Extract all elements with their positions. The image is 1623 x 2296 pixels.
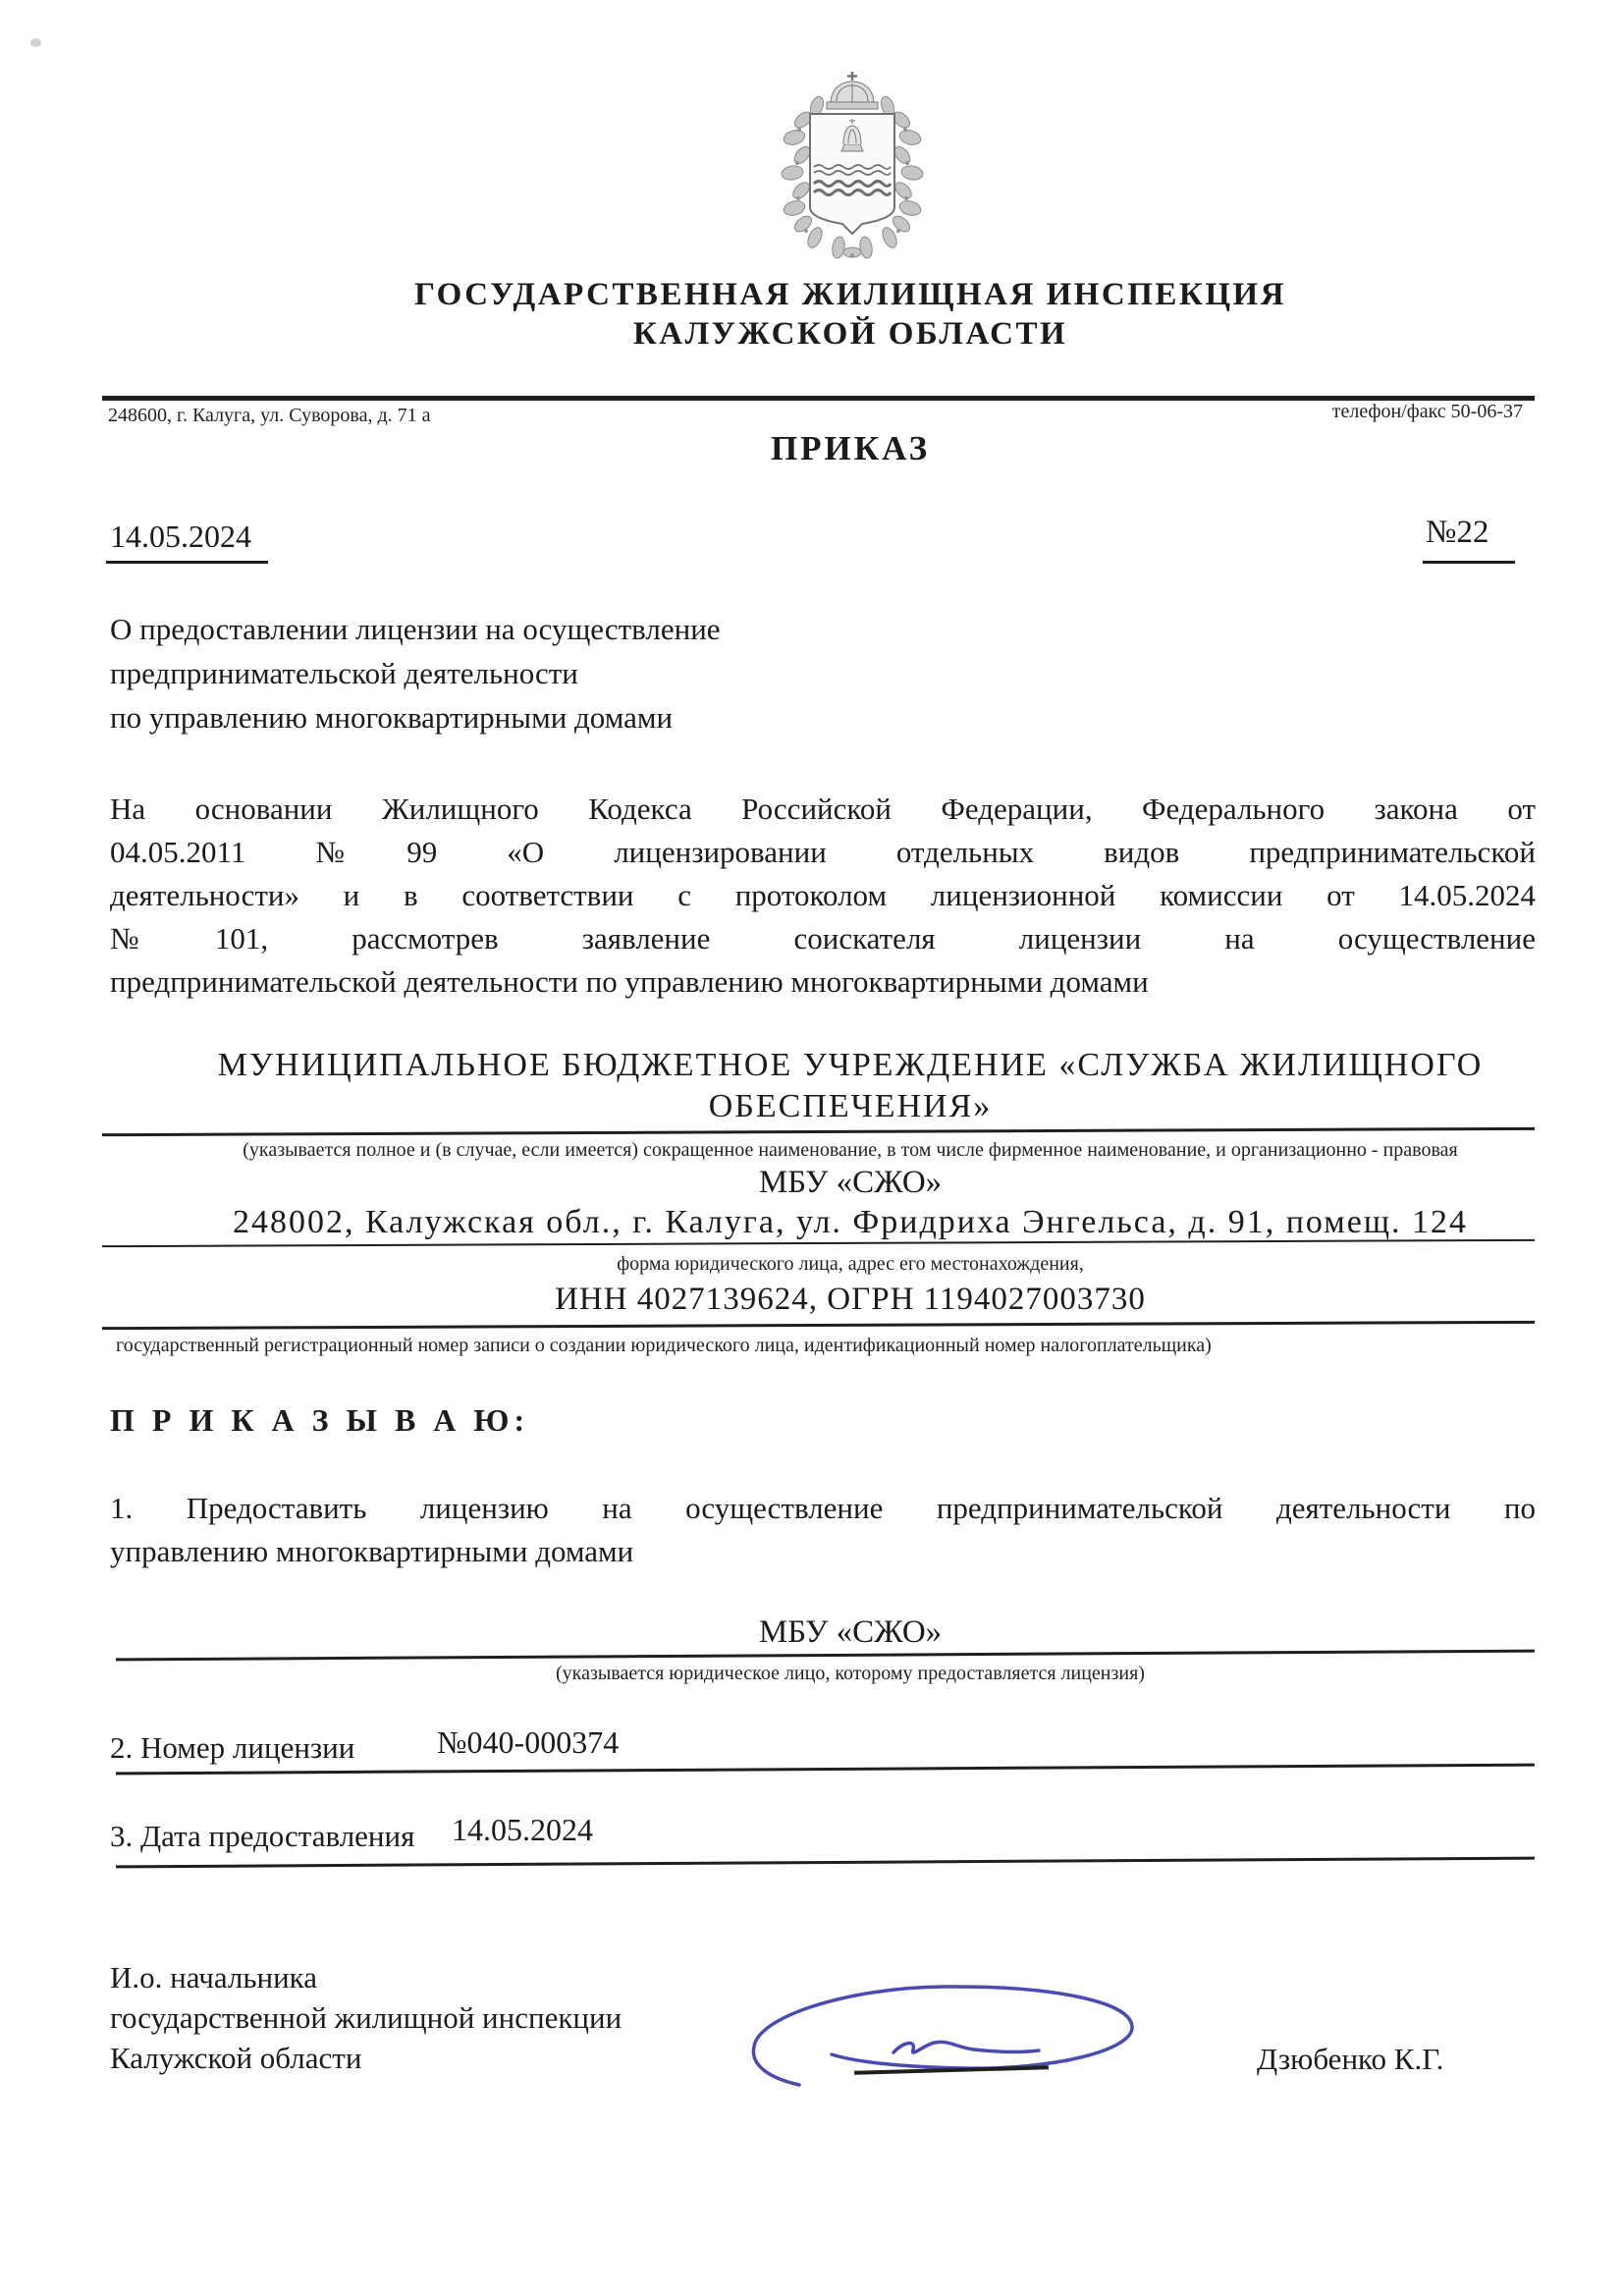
licensee-full-name-line2: ОБЕСПЕЧЕНИЯ» [103,1088,1597,1125]
licensee-repeat-rule [116,1650,1535,1662]
item3-label: 3. Дата предоставления [110,1819,414,1854]
subject-line: О предоставлении лицензии на осуществлен… [110,607,1536,651]
signer-name: Дзюбенко К.Г. [1257,2042,1443,2077]
caption-full-name: (указывается полное и (в случае, если им… [103,1139,1597,1162]
item3-rule [116,1857,1535,1869]
order-preamble: На основании Жилищного Кодекса Российско… [110,788,1536,1004]
order-date: 14.05.2024 [110,519,251,555]
caption-licensee: (указывается юридическое лицо, которому … [103,1663,1597,1685]
caption-ids: государственный регистрационный номер за… [116,1335,1212,1357]
item3-value: 14.05.2024 [452,1812,593,1848]
caption-form: форма юридического лица, адрес его место… [103,1253,1597,1276]
licensee-short-name: МБУ «СЖО» [103,1165,1597,1201]
scanned-order-document: ГОСУДАРСТВЕННАЯ ЖИЛИЩНАЯ ИНСПЕКЦИЯ КАЛУЖ… [0,0,1623,2296]
subject-line: предпринимательской деятельности [110,651,1536,695]
order-date-underline [106,561,268,564]
handwritten-signature [738,1982,1151,2095]
letterhead-org-line1: ГОСУДАРСТВЕННАЯ ЖИЛИЩНАЯ ИНСПЕКЦИЯ [103,277,1597,313]
licensee-name-rule [102,1127,1535,1136]
item2-value: №040-000374 [437,1724,619,1761]
signer-title-line1: И.о. начальника [110,1960,317,1995]
subject-line: по управлению многоквартирными домами [110,695,1536,739]
letterhead-phone: телефон/факс 50-06-37 [1332,401,1523,423]
licensee-full-name-line1: МУНИЦИПАЛЬНОЕ БЮДЖЕТНОЕ УЧРЕЖДЕНИЕ «СЛУЖ… [103,1047,1597,1084]
licensee-ids-rule [102,1321,1535,1330]
preamble-line: деятельности» и в соответствии с протоко… [110,874,1536,917]
document-title: ПРИКАЗ [103,429,1597,468]
order-item1: 1. Предоставить лицензию на осуществлени… [110,1487,1536,1573]
order-number-underline [1423,561,1515,564]
preamble-line: На основании Жилищного Кодекса Российско… [110,788,1536,831]
letterhead-address: 248600, г. Калуга, ул. Суворова, д. 71 а [108,405,431,427]
resolve-word: П Р И К А З Ы В А Ю: [110,1402,529,1439]
preamble-line: 04.05.2011 №99 «О лицензировании отдельн… [110,831,1536,874]
item1-line: 1. Предоставить лицензию на осуществлени… [110,1487,1536,1530]
licensee-ids: ИНН 4027139624, ОГРН 1194027003730 [103,1282,1597,1318]
signer-title-line3: Калужской области [110,2041,361,2076]
letterhead-rule [102,396,1535,401]
signer-title-line2: государственной жилищной инспекции [110,2000,622,2036]
item2-label: 2. Номер лицензии [110,1730,354,1766]
licensee-short-name-repeat: МБУ «СЖО» [103,1614,1597,1651]
scan-speck [30,38,41,47]
preamble-line: №101, рассмотрев заявление соискателя ли… [110,917,1536,960]
preamble-line: предпринимательской деятельности по упра… [110,960,1536,1004]
kaluga-oblast-coat-of-arms-icon [774,69,931,260]
order-number: №22 [1426,515,1489,551]
item1-line: управлению многоквартирными домами [110,1530,1536,1573]
order-subject: О предоставлении лицензии на осуществлен… [110,607,1536,739]
letterhead-org-line2: КАЛУЖСКОЙ ОБЛАСТИ [103,316,1597,353]
licensee-address: 248002, Калужская обл., г. Калуга, ул. Ф… [103,1204,1597,1241]
